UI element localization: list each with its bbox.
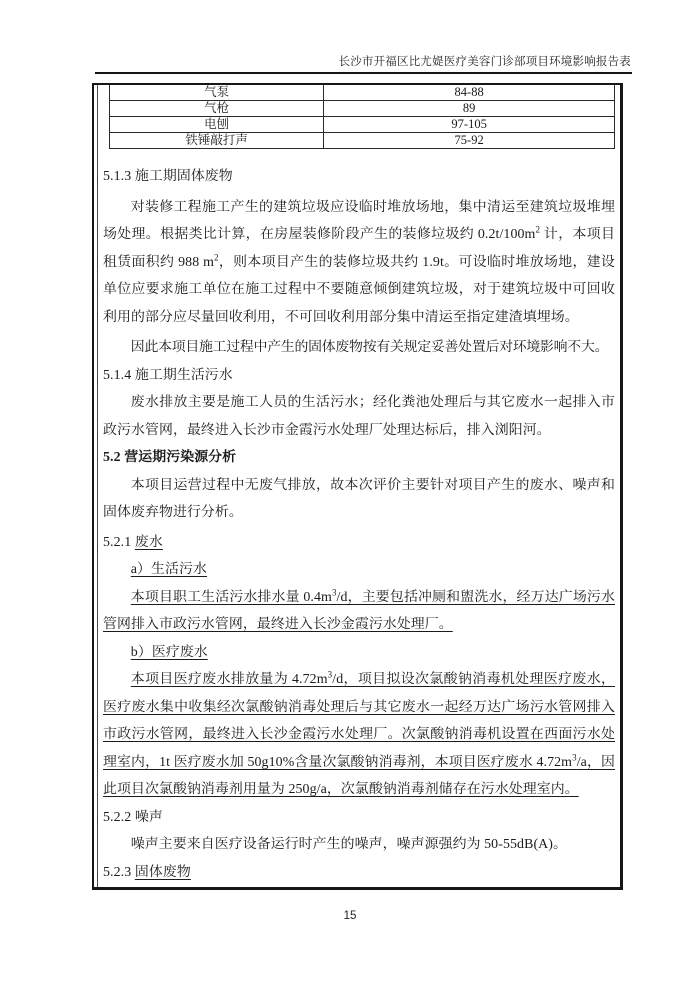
noise-level-table: 气泵 84-88 气枪 89 电刨 97-105 铁锤敲打声 75-92	[109, 85, 615, 149]
noise-value-cell: 97-105	[324, 117, 615, 133]
section-title-solid-waste: 固体废物	[135, 865, 191, 880]
section-heading-5-2-2: 5.2.2 噪声	[103, 804, 615, 832]
frame-inner-border-line	[97, 85, 98, 887]
section-number: 5.2.3	[103, 865, 135, 880]
header-divider-line	[95, 72, 632, 74]
paragraph-operation-analysis-intro: 本项目运营过程中无废气排放，故本次评价主要针对项目产生的废水、噪声和固体废弃物进…	[103, 472, 615, 527]
page-number: 15	[0, 910, 700, 922]
section-title-wastewater: 废水	[135, 535, 163, 550]
equipment-name-cell: 铁锤敲打声	[110, 133, 324, 149]
table-row: 电刨 97-105	[110, 117, 615, 133]
paragraph-domestic-sewage: 本项目职工生活污水排水量 0.4m3/d，主要包括冲厕和盥洗水，经万达广场污水管…	[103, 584, 615, 639]
document-header-title: 长沙市开福区比尤媞医疗美容门诊部项目环境影响报告表	[339, 53, 632, 69]
table-row: 铁锤敲打声 75-92	[110, 133, 615, 149]
table-row: 气泵 84-88	[110, 85, 615, 101]
section-heading-5-1-4: 5.1.4 施工期生活污水	[103, 362, 615, 390]
paragraph-solid-waste-conclusion: 因此本项目施工过程中产生的固体废物按有关规定妥善处置后对环境影响不大。	[103, 334, 615, 362]
report-body: 5.1.3 施工期固体废物 对装修工程施工产生的建筑垃圾应设临时堆放场地，集中清…	[103, 163, 615, 886]
noise-value-cell: 89	[324, 101, 615, 117]
subsection-heading-domestic-sewage: a）生活污水	[103, 556, 615, 584]
subsection-heading-medical-wastewater: b）医疗废水	[103, 639, 615, 667]
section-heading-5-2: 5.2 营运期污染源分析	[103, 444, 615, 472]
equipment-name-cell: 气泵	[110, 85, 324, 101]
equipment-name-cell: 气枪	[110, 101, 324, 117]
section-number: 5.2.1	[103, 535, 135, 550]
noise-value-cell: 75-92	[324, 133, 615, 149]
content-frame: 气泵 84-88 气枪 89 电刨 97-105 铁锤敲打声 75-92 5.1…	[92, 83, 623, 890]
section-heading-5-2-3: 5.2.3 固体废物	[103, 859, 615, 887]
scanned-report-page: 长沙市开福区比尤媞医疗美容门诊部项目环境影响报告表 气泵 84-88 气枪 89…	[0, 0, 700, 989]
paragraph-construction-sewage: 废水排放主要是施工人员的生活污水；经化粪池处理后与其它废水一起排入市政污水管网，…	[103, 389, 615, 444]
paragraph-medical-wastewater: 本项目医疗废水排放量为 4.72m3/d，项目拟设次氯酸钠消毒机处理医疗废水，医…	[103, 666, 615, 804]
table-row: 气枪 89	[110, 101, 615, 117]
section-heading-5-2-1: 5.2.1 废水	[103, 529, 615, 557]
paragraph-construction-solid-waste: 对装修工程施工产生的建筑垃圾应设临时堆放场地，集中清运至建筑垃圾堆埋场处理。根据…	[103, 194, 615, 332]
section-heading-5-1-3: 5.1.3 施工期固体废物	[103, 163, 615, 191]
equipment-name-cell: 电刨	[110, 117, 324, 133]
paragraph-noise: 噪声主要来自医疗设备运行时产生的噪声，噪声源强约为 50-55dB(A)。	[103, 831, 615, 859]
noise-value-cell: 84-88	[324, 85, 615, 101]
